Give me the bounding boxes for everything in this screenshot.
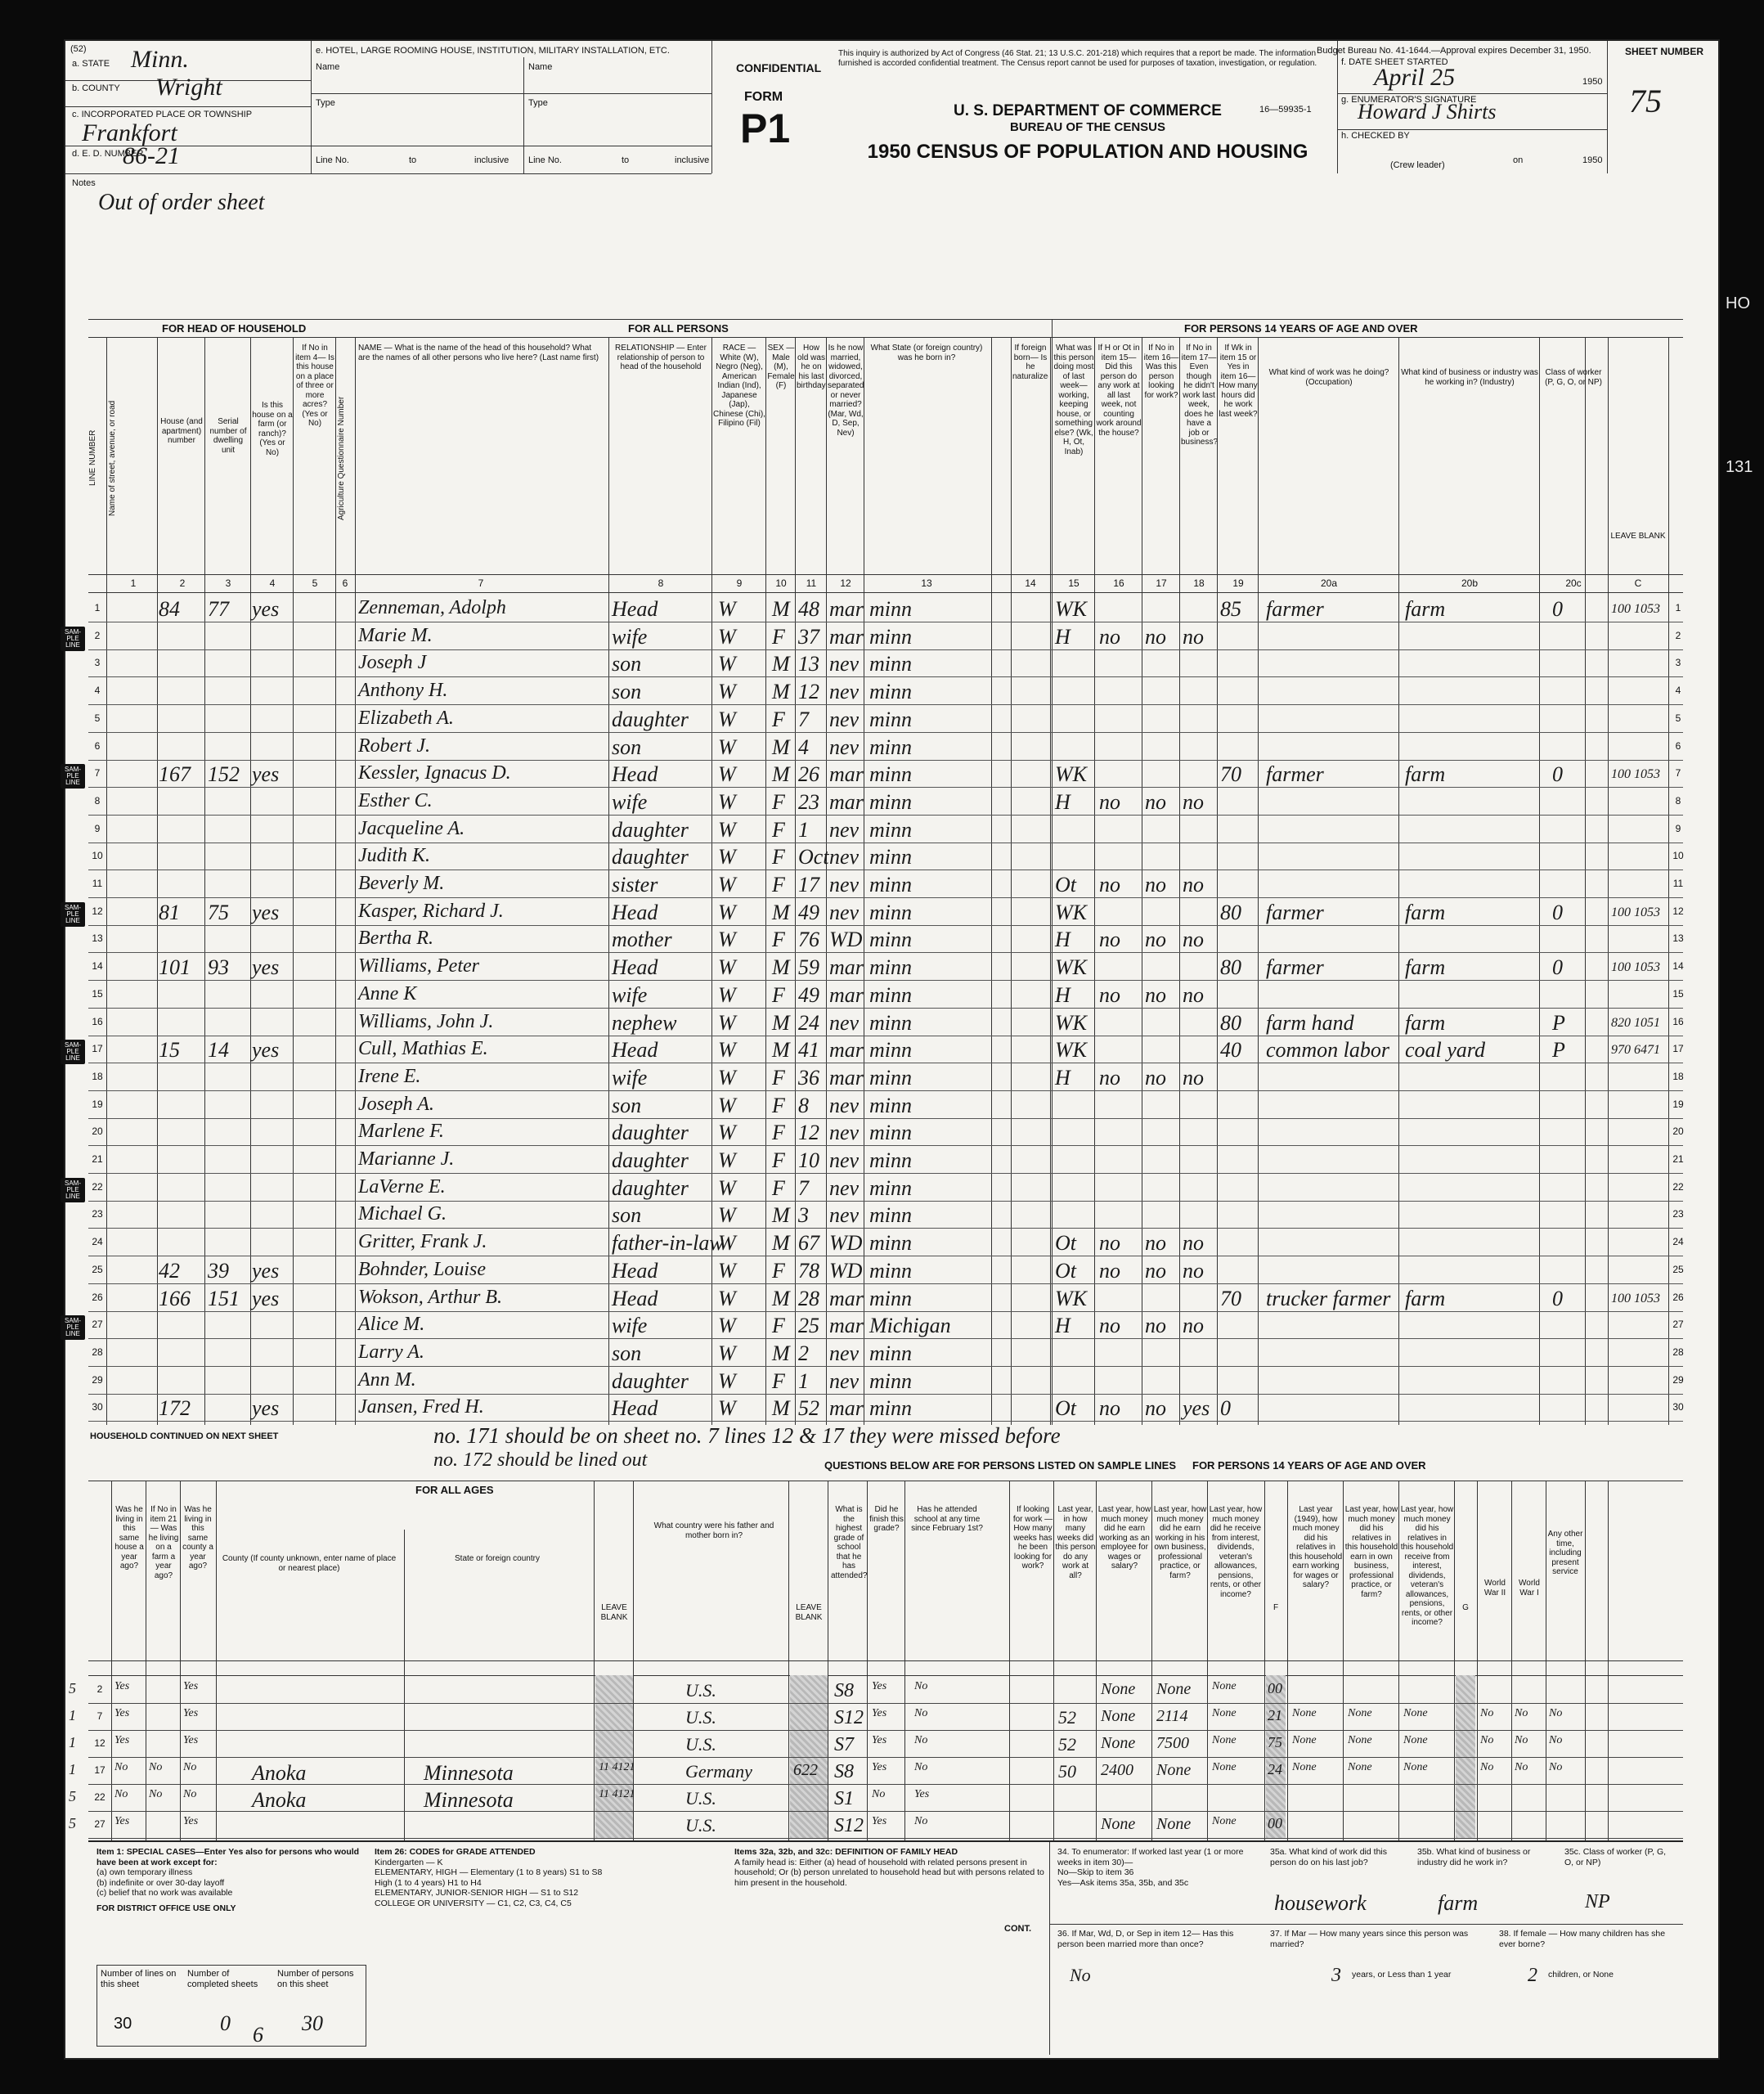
colnum-1: 1 <box>113 577 154 589</box>
col-9-header: RACE — White (W), Negro (Neg), American … <box>713 344 765 429</box>
sex: F <box>772 928 785 952</box>
col-10-header: SEX — Male (M), Female (F) <box>767 344 795 391</box>
date-started-value: April 25 <box>1374 64 1455 92</box>
relatives-business: None <box>1348 1761 1372 1774</box>
col-8-header: RELATIONSHIP — Enter relationship of per… <box>612 344 710 372</box>
leave-blank-d: 11 4121 <box>599 1788 635 1801</box>
line-number-right: 7 <box>1670 767 1686 779</box>
person-name: Wokson, Arthur B. <box>358 1287 502 1309</box>
place-label: c. INCORPORATED PLACE OR TOWNSHIP <box>72 110 252 119</box>
marital-status: WD <box>829 928 862 952</box>
has-job: no <box>1183 790 1204 815</box>
line-number: 28 <box>89 1346 105 1358</box>
industry: farm <box>1405 901 1445 925</box>
sheet-id: (52) <box>70 44 87 55</box>
relatives-wages: None <box>1292 1734 1317 1747</box>
line-number-right: 22 <box>1670 1181 1686 1193</box>
notes-label: Notes <box>72 178 96 188</box>
age: 49 <box>798 983 819 1008</box>
line-number-right: 5 <box>1670 712 1686 724</box>
col-27-header: Did he finish this grade? <box>869 1505 904 1534</box>
relationship: wife <box>612 790 647 815</box>
person-name: Anne K <box>358 983 416 1005</box>
col-20a-header: What kind of work was he doing? (Occupat… <box>1259 368 1398 387</box>
leave-blank-code: 820 1051 <box>1611 1016 1660 1031</box>
state-label: a. STATE <box>72 59 110 69</box>
on-farm: yes <box>252 1259 279 1283</box>
line-number: 5 <box>89 712 105 724</box>
person-row: 1414101yes93Williams, PeterHeadWM59marmi… <box>88 954 1683 981</box>
lived-on-farm: No <box>149 1788 162 1801</box>
crew-leader-label: (Crew leader) <box>1390 160 1445 170</box>
activity: WK <box>1055 1038 1087 1063</box>
col-7-header: NAME — What is the name of the head of t… <box>358 344 604 362</box>
worked: no <box>1099 1231 1120 1256</box>
line-number: 10 <box>89 850 105 861</box>
wage-income: None <box>1101 1707 1135 1726</box>
colnum-3: 3 <box>208 577 249 589</box>
q36-value: No <box>1070 1965 1091 1986</box>
marital-status: mar <box>829 597 864 622</box>
col-30-header: Last year, in how many weeks did this pe… <box>1055 1505 1096 1580</box>
age: 17 <box>798 873 819 897</box>
class-of-worker: P <box>1552 1038 1565 1063</box>
age: 25 <box>798 1314 819 1338</box>
colnum-5: 5 <box>294 577 335 589</box>
col-17-header: If No in item 16— Was this person lookin… <box>1143 344 1179 400</box>
relationship: wife <box>612 983 647 1008</box>
finished-grade: Yes <box>872 1761 886 1774</box>
person-name: Irene E. <box>358 1066 420 1088</box>
colnum-10: 10 <box>767 577 795 589</box>
col-5-header: If No in item 4— Is this house on a plac… <box>294 344 335 429</box>
attended-school: No <box>914 1815 927 1828</box>
race: W <box>718 680 736 704</box>
age: 48 <box>798 597 819 622</box>
attended-school: No <box>914 1680 927 1693</box>
grade-code-high: High (1 to 4 years) H1 to H4 <box>375 1878 718 1889</box>
wage-income: None <box>1101 1680 1135 1699</box>
age: Oct <box>798 845 829 870</box>
leave-blank-f: 24 <box>1268 1761 1282 1778</box>
sex: F <box>772 983 785 1008</box>
sample-line-number: 22 <box>92 1791 108 1803</box>
relationship: son <box>612 652 641 676</box>
col-20b-header: What kind of business or industry was he… <box>1400 368 1539 387</box>
activity: Ot <box>1055 873 1076 897</box>
serial-number: 152 <box>208 762 240 787</box>
q35a-text: 35a. What kind of work did this person d… <box>1270 1847 1409 1867</box>
sex: F <box>772 845 785 870</box>
relationship: Head <box>612 762 658 787</box>
line-number: 16 <box>89 1016 105 1027</box>
age: 4 <box>798 735 809 760</box>
line-number: 26 <box>89 1292 105 1303</box>
person-name: Judith K. <box>358 845 430 867</box>
annotation-1: no. 171 should be on sheet no. 7 lines 1… <box>433 1423 1061 1449</box>
race: W <box>718 1094 736 1118</box>
race: W <box>718 1203 736 1228</box>
col-2-header: House (and apartment) number <box>159 417 204 446</box>
colnum-6: 6 <box>337 577 353 589</box>
father-birthplace: U.S. <box>685 1815 716 1836</box>
q34-text: 34. To enumerator: If worked last year (… <box>1057 1847 1262 1867</box>
q35c-value: NP <box>1585 1891 1610 1913</box>
race: W <box>718 1011 736 1036</box>
col-19-header: If Wk in item 15 or Yes in item 16— How … <box>1219 344 1258 419</box>
state-value: Minn. <box>131 46 189 74</box>
looking-for-work: no <box>1145 1314 1166 1338</box>
has-job: no <box>1183 873 1204 897</box>
colnum-13: 13 <box>865 577 988 589</box>
q38-suffix: children, or None <box>1548 1970 1671 1980</box>
age: 37 <box>798 625 819 649</box>
lived-same-house: Yes <box>114 1707 129 1720</box>
house-number: 42 <box>159 1259 180 1283</box>
activity: Ot <box>1055 1231 1076 1256</box>
race: W <box>718 1148 736 1173</box>
relationship: Head <box>612 1396 658 1421</box>
has-job: no <box>1183 625 1204 649</box>
prior-county: Anoka <box>252 1788 306 1813</box>
sex: F <box>772 1369 785 1394</box>
worked: no <box>1099 1259 1120 1283</box>
relatives-other: None <box>1403 1761 1428 1774</box>
birthplace: minn <box>869 1011 912 1036</box>
relationship: daughter <box>612 818 689 843</box>
leave-blank-f: 00 <box>1268 1680 1282 1697</box>
worked: no <box>1099 790 1120 815</box>
person-name: Joseph J <box>358 652 426 674</box>
person-name: LaVerne E. <box>358 1176 446 1198</box>
house-number: 81 <box>159 901 180 925</box>
hotel-type-label-2: Type <box>528 98 548 108</box>
race: W <box>718 1259 736 1283</box>
to-label-2: to <box>622 155 629 165</box>
serial-number: 39 <box>208 1259 229 1283</box>
marital-status: mar <box>829 790 864 815</box>
served-other: No <box>1549 1761 1562 1774</box>
col-24b-header: State or foreign country <box>407 1554 587 1564</box>
person-name: Jacqueline A. <box>358 818 465 840</box>
worked: no <box>1099 983 1120 1008</box>
q34-option-yes[interactable]: Yes—Ask items 35a, 35b, and 35c <box>1057 1878 1262 1889</box>
line-number-right: 17 <box>1670 1043 1686 1054</box>
person-row: 1184yes77Zenneman, AdolphHeadWM48marminn… <box>88 595 1683 622</box>
birthplace: minn <box>869 625 912 649</box>
lived-same-house: Yes <box>114 1734 129 1747</box>
person-name: Ann M. <box>358 1369 416 1391</box>
birthplace: minn <box>869 1341 912 1366</box>
serial-number: 75 <box>208 901 229 925</box>
looking-for-work: no <box>1145 928 1166 952</box>
person-row: 22Marie M.wifeWF37marminnHnononoSAM-PLE … <box>88 623 1683 650</box>
line-number-right: 29 <box>1670 1374 1686 1386</box>
served-ww1: No <box>1515 1734 1528 1747</box>
marital-status: nev <box>829 708 859 732</box>
col-22-header: If No in item 21— Was he living on a far… <box>147 1505 180 1580</box>
marital-status: nev <box>829 1094 859 1118</box>
line-number: 17 <box>89 1043 105 1054</box>
prior-county: Anoka <box>252 1761 306 1786</box>
activity: H <box>1055 983 1071 1008</box>
birthplace: minn <box>869 983 912 1008</box>
q35b-text: 35b. What kind of business or industry d… <box>1417 1847 1556 1867</box>
hours-worked: 85 <box>1220 597 1241 622</box>
col-33b-header: World War I <box>1513 1579 1546 1597</box>
section-head-household: FOR HEAD OF HOUSEHOLD <box>162 322 306 335</box>
col-1-header: Name of street, avenue, or road <box>108 344 157 573</box>
marital-status: nev <box>829 1011 859 1036</box>
sex: M <box>772 1396 790 1421</box>
colnum-14: 14 <box>1012 577 1048 589</box>
worked: no <box>1099 928 1120 952</box>
activity: Ot <box>1055 1259 1076 1283</box>
occupation: farmer <box>1266 955 1324 980</box>
line-number-right: 23 <box>1670 1208 1686 1220</box>
person-name: Alice M. <box>358 1314 424 1336</box>
relationship: daughter <box>612 1121 689 1145</box>
margin-mark-1: HO <box>1726 294 1750 313</box>
marital-status: WD <box>829 1259 862 1283</box>
sex: F <box>772 1314 785 1338</box>
sample-row: 275YesYesU.S.S12YesNoNoneNoneNone00 <box>88 1812 1683 1839</box>
hours-worked: 80 <box>1220 901 1241 925</box>
relatives-other: None <box>1403 1707 1428 1720</box>
on-farm: yes <box>252 1287 279 1311</box>
col-20c-header: Class of worker (P, G, O, or NP) <box>1541 368 1606 387</box>
q34-option-no[interactable]: No—Skip to item 36 <box>1057 1867 1262 1878</box>
on-farm: yes <box>252 1396 279 1421</box>
line-number: 24 <box>89 1236 105 1247</box>
race: W <box>718 1287 736 1311</box>
person-name: Kasper, Richard J. <box>358 901 504 923</box>
attended-school: No <box>914 1707 927 1720</box>
birthplace: minn <box>869 1369 912 1394</box>
sample-line-marker: SAM-PLE LINE <box>61 1315 85 1340</box>
sex: F <box>772 1176 785 1201</box>
person-name: Elizabeth A. <box>358 708 454 730</box>
sample-margin-mark: 1 <box>69 1761 76 1778</box>
person-row: 2222LaVerne E.daughterWF7nevminnSAM-PLE … <box>88 1175 1683 1202</box>
date-year: 1950 <box>1582 77 1602 87</box>
looking-for-work: no <box>1145 1259 1166 1283</box>
person-row: 2828Larry A.sonWM2nevminn <box>88 1340 1683 1367</box>
person-row: 1515Anne KwifeWF49marminnHnonono <box>88 982 1683 1009</box>
colnum-19: 19 <box>1219 577 1258 589</box>
other-income: None <box>1212 1734 1237 1747</box>
looking-for-work: no <box>1145 983 1166 1008</box>
persons-count-value: 30 <box>302 2011 323 2036</box>
line-number-right: 20 <box>1670 1126 1686 1137</box>
line-number-header: LINE NUMBER <box>88 344 106 573</box>
on-farm: yes <box>252 901 279 925</box>
age: 23 <box>798 790 819 815</box>
relationship: Head <box>612 1038 658 1063</box>
activity: Ot <box>1055 1396 1076 1421</box>
race: W <box>718 1038 736 1063</box>
sample-margin-mark: 1 <box>69 1734 76 1751</box>
activity: WK <box>1055 762 1087 787</box>
leave-blank-f: 75 <box>1268 1734 1282 1751</box>
father-birthplace: U.S. <box>685 1734 716 1755</box>
age: 13 <box>798 652 819 676</box>
person-row: 1919Joseph A.sonWF8nevminn <box>88 1092 1683 1119</box>
on-farm: yes <box>252 955 279 980</box>
district-office-label: FOR DISTRICT OFFICE USE ONLY <box>97 1903 366 1914</box>
has-job: no <box>1183 1314 1204 1338</box>
occupation: trucker farmer <box>1266 1287 1390 1311</box>
age: 36 <box>798 1066 819 1090</box>
on-farm: yes <box>252 1038 279 1063</box>
line-number: 15 <box>89 988 105 1000</box>
col-28-header: Has he attended school at any time since… <box>906 1505 988 1534</box>
col-11-header: How old was he on his last birthday? <box>797 344 826 391</box>
age: 67 <box>798 1231 819 1256</box>
hours-worked: 40 <box>1220 1038 1241 1063</box>
col-26-header: What is the highest grade of school that… <box>831 1505 867 1580</box>
person-row: 1818Irene E.wifeWF36marminnHnonono <box>88 1064 1683 1091</box>
sex: F <box>772 818 785 843</box>
line-number: 30 <box>89 1401 105 1413</box>
birthplace: minn <box>869 1094 912 1118</box>
leave-blank-e: 622 <box>793 1761 818 1780</box>
q38-text: 38. If female — How many children has sh… <box>1499 1929 1671 1949</box>
relatives-other: None <box>1403 1734 1428 1747</box>
activity: WK <box>1055 955 1087 980</box>
race: W <box>718 955 736 980</box>
race: W <box>718 1066 736 1090</box>
other-income: None <box>1212 1761 1237 1774</box>
birthplace: minn <box>869 955 912 980</box>
person-row: 55Elizabeth A.daughterWF7nevminn <box>88 706 1683 733</box>
person-name: Joseph A. <box>358 1094 434 1116</box>
birthplace: minn <box>869 1203 912 1228</box>
race: W <box>718 708 736 732</box>
father-birthplace: Germany <box>685 1761 752 1782</box>
hotel-name-label: Name <box>316 62 339 72</box>
line-number: 3 <box>89 657 105 668</box>
activity: H <box>1055 790 1071 815</box>
relatives-business: None <box>1348 1707 1372 1720</box>
marital-status: WD <box>829 1231 862 1256</box>
col-29-header: If looking for work — How many weeks has… <box>1012 1505 1053 1571</box>
confidential-text: This inquiry is authorized by Act of Con… <box>838 49 1329 68</box>
col-15-header: What was this person doing most of last … <box>1053 344 1094 456</box>
sex: M <box>772 955 790 980</box>
age: 1 <box>798 1369 809 1394</box>
worked: no <box>1099 873 1120 897</box>
relationship: daughter <box>612 1369 689 1394</box>
occupation: farmer <box>1266 762 1324 787</box>
form-number: 16—59935-1 <box>1259 105 1312 115</box>
sex: F <box>772 1094 785 1118</box>
sex: F <box>772 625 785 649</box>
industry: farm <box>1405 1287 1445 1311</box>
marital-status: nev <box>829 845 859 870</box>
sample-line-number: 7 <box>92 1710 108 1722</box>
person-name: Zenneman, Adolph <box>358 597 506 619</box>
birthplace: minn <box>869 652 912 676</box>
person-name: Cull, Mathias E. <box>358 1038 488 1060</box>
form-label: FORM <box>744 90 783 105</box>
person-row: 1313Bertha R.motherWF76WDminnHnonono <box>88 926 1683 953</box>
attended-school: No <box>914 1761 927 1774</box>
looking-for-work: no <box>1145 1231 1166 1256</box>
weeks-worked: 50 <box>1058 1761 1076 1782</box>
county-label: b. COUNTY <box>72 83 120 93</box>
other-income: None <box>1212 1680 1237 1693</box>
hotel-label: e. HOTEL, LARGE ROOMING HOUSE, INSTITUTI… <box>316 46 692 56</box>
house-number: 101 <box>159 955 191 980</box>
class-of-worker: 0 <box>1552 597 1563 622</box>
birthplace: minn <box>869 708 912 732</box>
q35c-text: 35c. Class of worker (P, G, O, or NP) <box>1564 1847 1671 1867</box>
lived-same-county: No <box>183 1761 196 1774</box>
on-label: on <box>1513 155 1523 165</box>
q35b-value: farm <box>1438 1891 1478 1916</box>
highest-grade: S12 <box>834 1815 864 1837</box>
col-f-header: F <box>1266 1603 1286 1613</box>
activity: H <box>1055 625 1071 649</box>
relationship: son <box>612 1094 641 1118</box>
relatives-wages: None <box>1292 1761 1317 1774</box>
sex: F <box>772 1066 785 1090</box>
sample-margin-mark: 5 <box>69 1680 76 1697</box>
age: 8 <box>798 1094 809 1118</box>
father-birthplace: U.S. <box>685 1707 716 1728</box>
col-3-header: Serial number of dwelling unit <box>206 417 250 455</box>
line-number-right: 28 <box>1670 1346 1686 1358</box>
hours-worked: 70 <box>1220 1287 1241 1311</box>
leave-blank-code: 970 6471 <box>1611 1043 1660 1058</box>
line-number: 27 <box>89 1319 105 1330</box>
col-c-header: LEAVE BLANK <box>1609 532 1667 541</box>
lived-same-house: Yes <box>114 1815 129 1828</box>
activity: WK <box>1055 1287 1087 1311</box>
business-income: 7500 <box>1156 1734 1189 1753</box>
father-birthplace: U.S. <box>685 1788 716 1809</box>
worked: no <box>1099 1066 1120 1090</box>
age: 12 <box>798 1121 819 1145</box>
grade-code-junior-senior: ELEMENTARY, JUNIOR-SENIOR HIGH — S1 to S… <box>375 1888 718 1899</box>
relationship: nephew <box>612 1011 676 1036</box>
col-g-header: G <box>1456 1603 1475 1613</box>
lived-same-house: No <box>114 1788 128 1801</box>
sample-line-marker: SAM-PLE LINE <box>61 1178 85 1202</box>
person-row: 2727Alice M.wifeWF25marMichiganHnononoSA… <box>88 1312 1683 1339</box>
age: 7 <box>798 708 809 732</box>
served-ww2: No <box>1480 1707 1493 1720</box>
finished-grade: Yes <box>872 1815 886 1828</box>
col-18-header: If No in item 17— Even though he didn't … <box>1181 344 1217 447</box>
house-number: 84 <box>159 597 180 622</box>
sex: M <box>772 597 790 622</box>
race: W <box>718 928 736 952</box>
served-ww2: No <box>1480 1734 1493 1747</box>
marital-status: nev <box>829 1341 859 1366</box>
ed-value: 86-21 <box>123 142 180 170</box>
race: W <box>718 652 736 676</box>
relatives-business: None <box>1348 1734 1372 1747</box>
serial-number: 14 <box>208 1038 229 1063</box>
birthplace: Michigan <box>869 1314 951 1338</box>
colnum-12: 12 <box>828 577 864 589</box>
col-e-header: LEAVE BLANK <box>790 1603 828 1622</box>
sex: F <box>772 1121 785 1145</box>
birthplace: minn <box>869 1121 912 1145</box>
leave-blank-code: 100 1053 <box>1611 767 1660 782</box>
